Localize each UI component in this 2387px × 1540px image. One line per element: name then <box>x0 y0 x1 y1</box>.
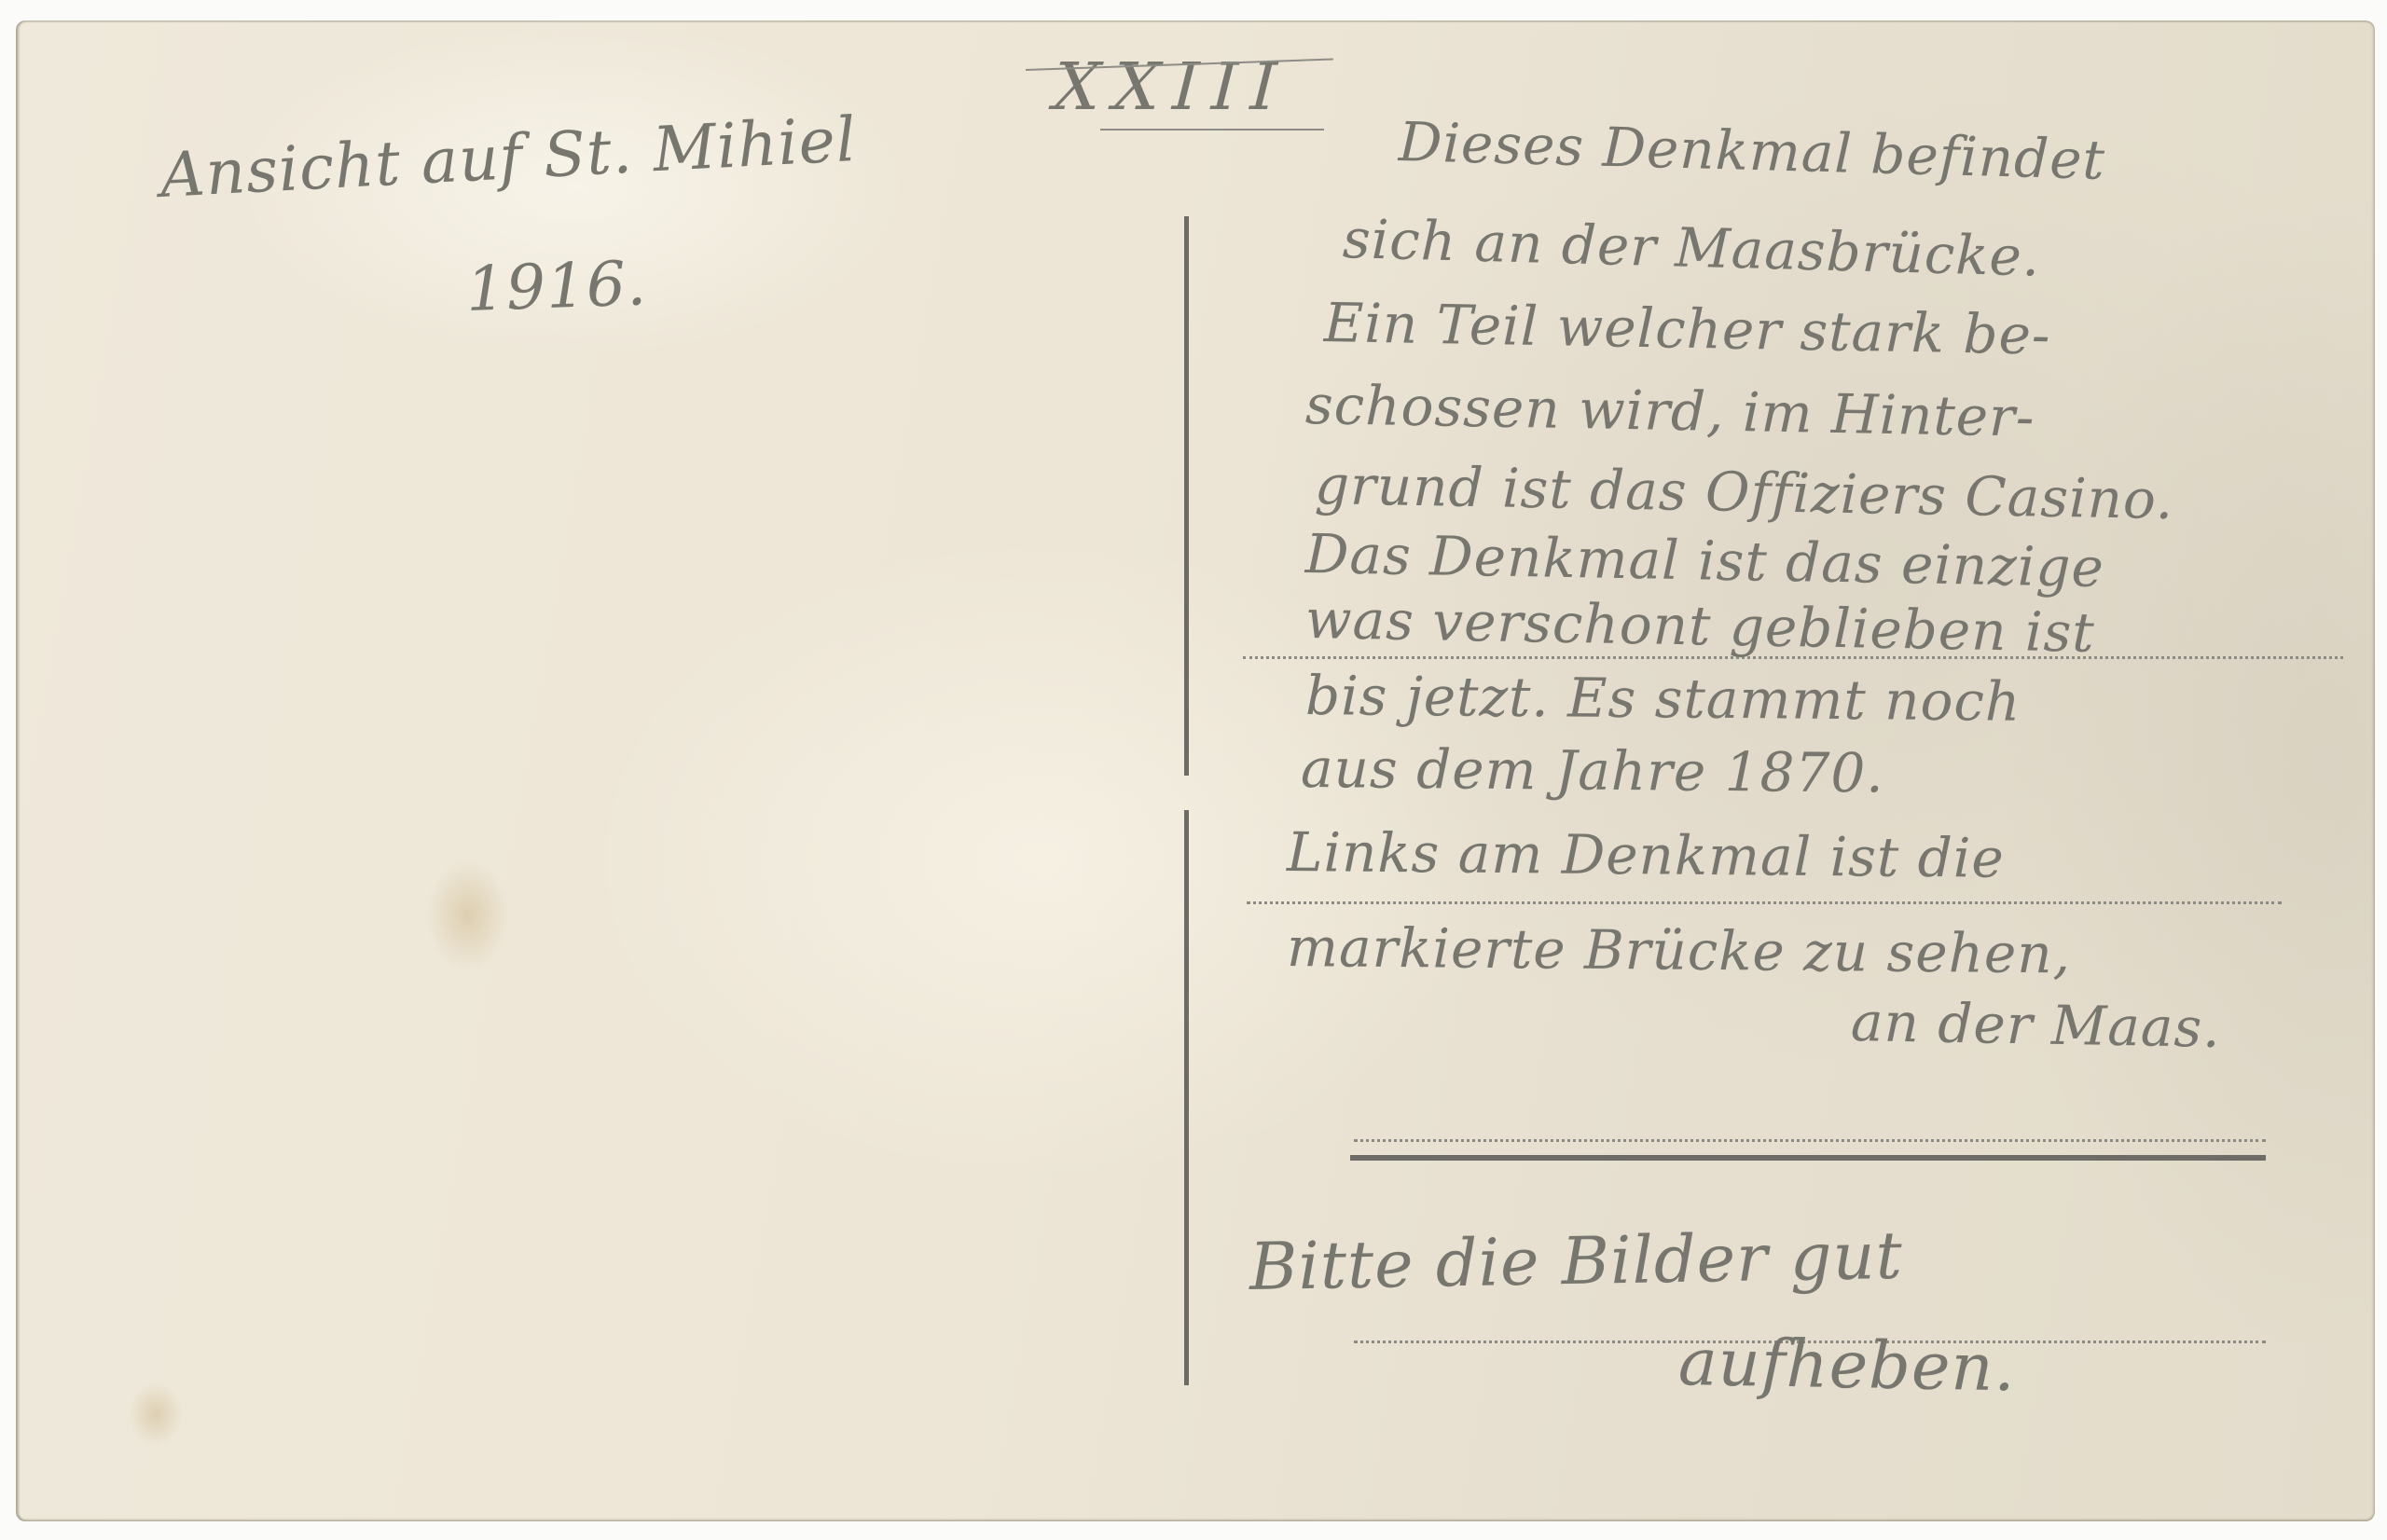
paper-stain <box>128 1382 184 1447</box>
message-line-11: markierte Brücke zu sehen, <box>1287 915 2072 985</box>
address-line-2 <box>1247 901 2282 904</box>
closing-line-2: aufheben. <box>1677 1324 2016 1406</box>
message-line-9: aus dem Jahre 1870. <box>1301 736 1884 804</box>
address-rule <box>1350 1155 2266 1161</box>
message-line-3: Ein Teil welcher stark be- <box>1323 291 2051 367</box>
caption-year: 1916. <box>465 247 649 325</box>
closing-line-1: Bitte die Bilder gut <box>1249 1217 1903 1305</box>
center-divider-upper <box>1184 216 1189 776</box>
paper-stain <box>426 859 510 971</box>
address-line-3 <box>1354 1139 2266 1142</box>
center-divider-lower <box>1184 810 1189 1385</box>
numeral-underline <box>1100 129 1324 131</box>
message-line-8: bis jetzt. Es stammt noch <box>1305 664 2021 734</box>
message-line-10: Links am Denkmal ist die <box>1287 820 2005 890</box>
message-line-12: an der Maas. <box>1850 990 2221 1060</box>
message-line-4: schossen wird, im Hinter- <box>1304 373 2035 449</box>
